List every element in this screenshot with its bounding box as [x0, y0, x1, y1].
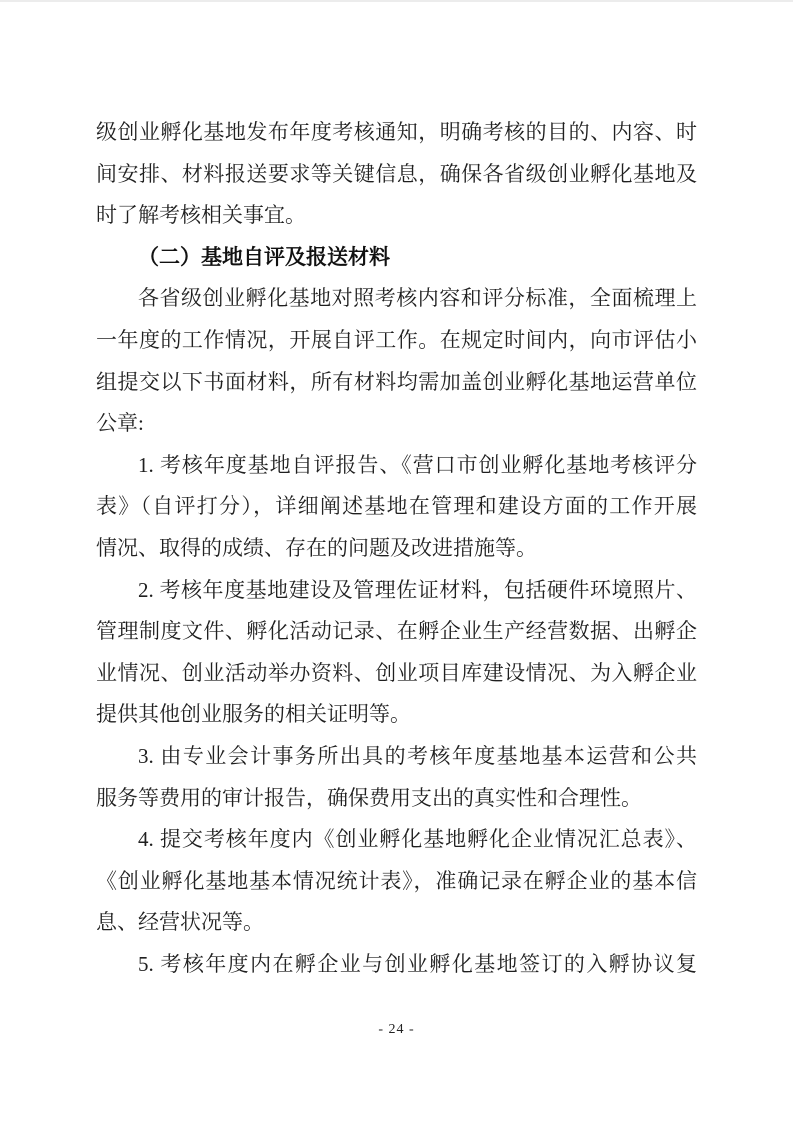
section-heading: （二）基地自评及报送材料: [96, 237, 697, 279]
doc-line: 间安排、材料报送要求等关键信息，确保各省级创业孵化基地及: [96, 154, 697, 196]
list-item-4-line: 4. 提交考核年度内《创业孵化基地孵化企业情况汇总表》、: [96, 819, 697, 861]
list-item-3-line: 3. 由专业会计事务所出具的考核年度基地基本运营和公共: [96, 736, 697, 778]
doc-line: 一年度的工作情况，开展自评工作。在规定时间内，向市评估小: [96, 320, 697, 362]
doc-line: 级创业孵化基地发布年度考核通知，明确考核的目的、内容、时: [96, 112, 697, 154]
list-item-1-line: 情况、取得的成绩、存在的问题及改进措施等。: [96, 528, 697, 570]
list-item-2-line: 业情况、创业活动举办资料、创业项目库建设情况、为入孵企业: [96, 653, 697, 695]
list-item-1-line: 1. 考核年度基地自评报告、《营口市创业孵化基地考核评分: [96, 445, 697, 487]
list-item-5-line: 5. 考核年度内在孵企业与创业孵化基地签订的入孵协议复: [96, 944, 697, 986]
doc-line: 各省级创业孵化基地对照考核内容和评分标准，全面梳理上: [96, 278, 697, 320]
document-body: 级创业孵化基地发布年度考核通知，明确考核的目的、内容、时 间安排、材料报送要求等…: [96, 112, 697, 985]
list-item-2-line: 2. 考核年度基地建设及管理佐证材料，包括硬件环境照片、: [96, 570, 697, 612]
page-number: - 24 -: [0, 1022, 793, 1038]
list-item-2-line: 管理制度文件、孵化活动记录、在孵企业生产经营数据、出孵企: [96, 611, 697, 653]
document-page: 级创业孵化基地发布年度考核通知，明确考核的目的、内容、时 间安排、材料报送要求等…: [0, 0, 793, 1122]
list-item-2-line: 提供其他创业服务的相关证明等。: [96, 694, 697, 736]
scan-edge-artifact: [0, 0, 793, 2]
list-item-4-line: 息、经营状况等。: [96, 902, 697, 944]
list-item-1-line: 表》（自评打分），详细阐述基地在管理和建设方面的工作开展: [96, 486, 697, 528]
doc-line: 时了解考核相关事宜。: [96, 195, 697, 237]
doc-line: 公章:: [96, 403, 697, 445]
doc-line: 组提交以下书面材料，所有材料均需加盖创业孵化基地运营单位: [96, 362, 697, 404]
list-item-3-line: 服务等费用的审计报告，确保费用支出的真实性和合理性。: [96, 778, 697, 820]
list-item-4-line: 《创业孵化基地基本情况统计表》，准确记录在孵企业的基本信: [96, 861, 697, 903]
